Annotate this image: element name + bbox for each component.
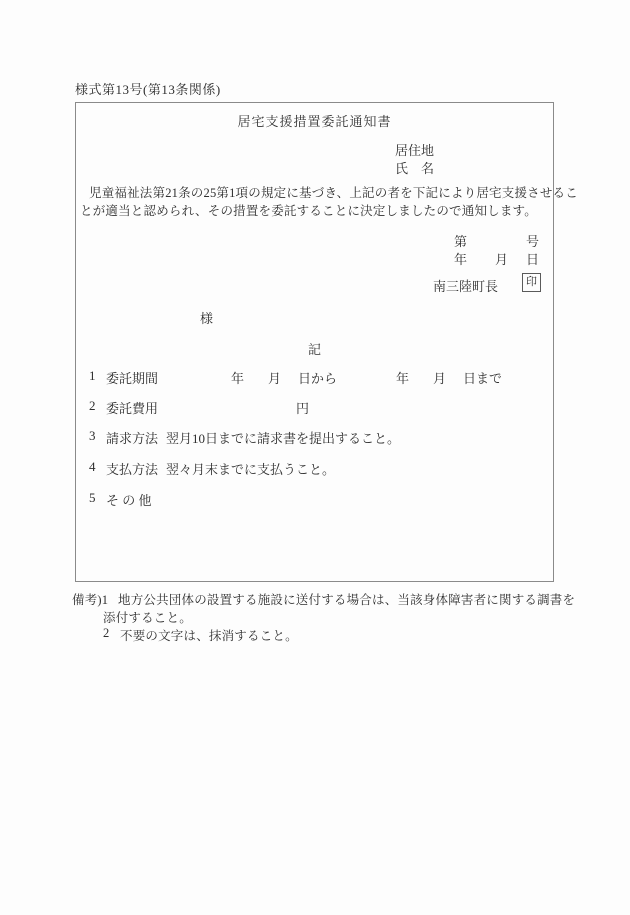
document-page: 様式第13号(第13条関係) 居宅支援措置委託通知書 居住地 氏 名 児童福祉法…: [0, 0, 630, 915]
seal-character: 印: [526, 276, 537, 288]
period-to-year: 年: [396, 368, 409, 387]
item-row-billing-method: 3 請求方法 翌月10日までに請求書を提出すること。: [76, 428, 555, 445]
seal-mark: 印: [522, 273, 541, 292]
period-from-month: 月: [268, 368, 281, 387]
remarks-section: 備考)1 地方公共団体の設置する施設に送付する場合は、当該身体障害者に関する調書…: [0, 590, 630, 650]
period-to-month: 月: [433, 368, 446, 387]
document-title: 居宅支援措置委託通知書: [76, 111, 553, 130]
item-value: 翌々月末までに支払うこと。: [166, 459, 335, 478]
item-row-entrust-cost: 2 委託費用 円: [76, 398, 555, 415]
item-value: 翌月10日までに請求書を提出すること。: [166, 428, 400, 447]
item-label: 請求方法: [106, 428, 158, 447]
remark-2-number: 2: [103, 626, 109, 641]
date-month-label: 月: [495, 249, 508, 268]
form-border-box: 居宅支援措置委託通知書 居住地 氏 名 児童福祉法第21条の25第1項の規定に基…: [75, 102, 554, 582]
date-day-label: 日: [526, 249, 539, 268]
item-row-other: 5 そ の 他: [76, 490, 555, 507]
period-to-day: 日まで: [463, 368, 502, 387]
cost-unit-yen: 円: [296, 398, 309, 417]
remark-1-line1: 地方公共団体の設置する施設に送付する場合は、当該身体障害者に関する調書を: [118, 590, 575, 608]
form-number-label: 様式第13号(第13条関係): [75, 79, 221, 98]
period-from-day: 日から: [298, 368, 337, 387]
period-from-year: 年: [231, 368, 244, 387]
date-year-label: 年: [454, 249, 467, 268]
issuer-line: 南三陸町長: [76, 276, 555, 296]
item-number: 1: [89, 368, 96, 384]
residence-label: 居住地: [395, 140, 434, 159]
body-paragraph-line2: とが適当と認められ、その措置を委託することに決定しましたので通知します。: [80, 201, 537, 219]
document-number-line: 第 号: [76, 231, 555, 247]
item-number: 3: [89, 428, 96, 444]
item-label: そ の 他: [106, 490, 152, 509]
doc-no-prefix: 第: [454, 231, 467, 250]
date-line: 年 月 日: [76, 249, 555, 265]
issuer-title: 南三陸町長: [433, 276, 498, 295]
item-number: 4: [89, 459, 96, 475]
doc-no-suffix: 号: [526, 231, 539, 250]
item-label: 委託費用: [106, 398, 158, 417]
item-number: 2: [89, 398, 96, 414]
item-row-payment-method: 4 支払方法 翌々月末までに支払うこと。: [76, 459, 555, 476]
item-label: 支払方法: [106, 459, 158, 478]
body-paragraph-line1: 児童福祉法第21条の25第1項の規定に基づき、上記の者を下記により居宅支援させる…: [89, 183, 578, 201]
remark-2-text: 不要の文字は、抹消すること。: [120, 626, 298, 644]
item-row-entrust-period: 1 委託期間 年 月 日から 年 月 日まで: [76, 368, 555, 385]
name-label: 氏 名: [395, 158, 434, 177]
remarks-label: 備考)1: [72, 590, 108, 608]
record-heading: 記: [76, 339, 553, 358]
item-label: 委託期間: [106, 368, 158, 387]
remark-1-line2: 添付すること。: [103, 608, 192, 626]
addressee-suffix: 様: [200, 308, 213, 327]
item-number: 5: [89, 490, 96, 506]
